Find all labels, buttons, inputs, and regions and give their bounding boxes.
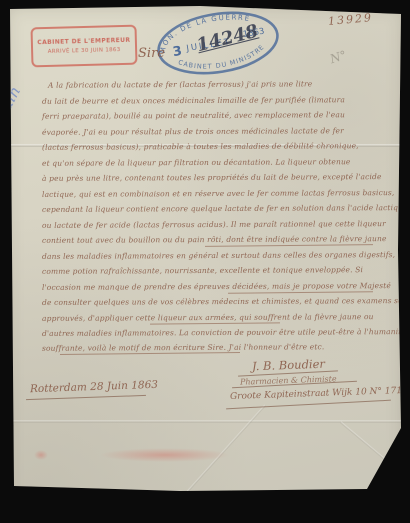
body-line: de consulter quelques uns de vos célèbre…: [42, 296, 410, 307]
dateline: Rotterdam 28 Juin 1863: [30, 379, 158, 395]
body-line: A la fabrication du lactate de fer (lact…: [48, 79, 312, 89]
pencil-annotation: N°: [328, 48, 348, 66]
body-line: (lactas ferrosus basicus), praticable à …: [42, 141, 359, 152]
body-line: à peu près une litre, contenant toutes l…: [42, 172, 382, 183]
letter-paper: CABINET DE L'EMPEREUR ARRIVÉ LE 30 JUIN …: [0, 0, 410, 523]
faint-red-mark: [100, 448, 230, 462]
red-cabinet-stamp: CABINET DE L'EMPEREUR ARRIVÉ LE 30 JUIN …: [30, 25, 137, 68]
dateline-flourish: [26, 395, 146, 400]
blue-pencil-annotation: Juin: [0, 83, 24, 118]
body-line: comme potion rafraîchissante, nourrissan…: [42, 265, 363, 276]
photograph-frame: CABINET DE L'EMPEREUR ARRIVÉ LE 30 JUIN …: [0, 0, 410, 523]
body-line: lactique, qui est en combinaison et en r…: [42, 188, 395, 199]
body-line: évaporée. J'ai eu pour résultat plus de …: [42, 126, 344, 137]
body-line: cependant la liqueur contient encore que…: [42, 203, 410, 214]
ink-underline: [150, 322, 280, 324]
body-line: du lait de beurre et deux onces médicina…: [42, 95, 345, 106]
stamp-date-day: 3: [172, 44, 183, 60]
body-line: contient tout avec du bouillon ou du pai…: [42, 234, 387, 245]
fold-crease: [0, 420, 410, 423]
body-line: et qu'on sépare de la liqueur par filtra…: [42, 157, 351, 168]
faint-red-mark: [38, 498, 50, 507]
faint-red-mark: [34, 450, 48, 460]
body-line: approuvés, d'appliquer cette liqueur aux…: [42, 312, 374, 323]
crease-mark: [340, 421, 410, 480]
ink-underline: [205, 244, 373, 247]
ink-underline: [228, 291, 373, 294]
body-line: ou lactate de fer acide (lactas ferrosus…: [42, 219, 386, 230]
letter-greeting: Sire: [138, 46, 165, 61]
body-line: ferri praeparata), bouillé au point de n…: [42, 110, 345, 121]
red-stamp-line1: CABINET DE L'EMPEREUR: [33, 37, 135, 47]
red-stamp-line2: ARRIVÉ LE 30 JUIN 1863: [33, 47, 135, 56]
body-line: souffrante, voilà le motif de mon écritu…: [42, 342, 324, 352]
body-line: d'autres maladies inflammatoires. La con…: [42, 327, 406, 338]
body-line: l'occasion me manque de prendre des épre…: [42, 281, 391, 292]
archive-number: 13929: [328, 11, 374, 28]
body-line: dans les maladies inflammatoires en géné…: [42, 250, 395, 261]
